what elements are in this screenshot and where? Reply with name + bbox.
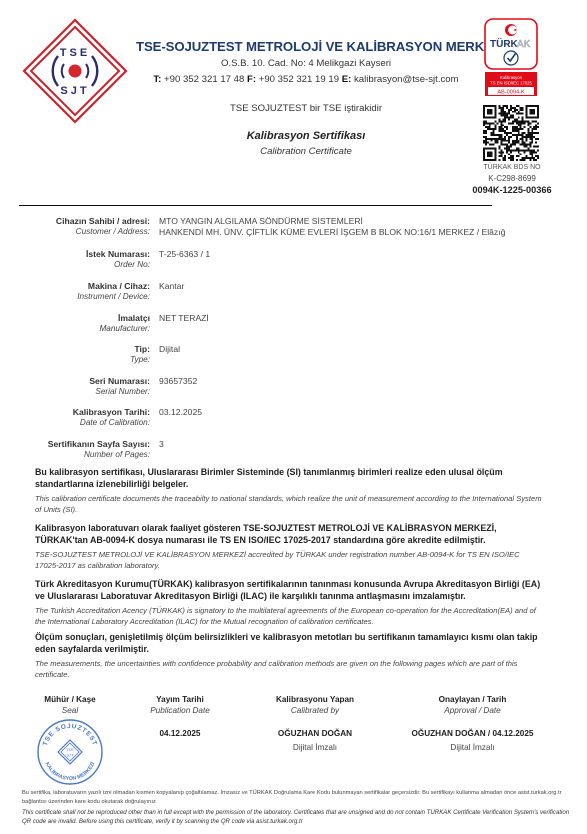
organization-contact: T: +90 352 321 17 48 F: +90 352 321 19 1… xyxy=(136,74,476,85)
statement-text-en: TSE-SOJUZTEST METROLOJİ VE KALİBRASYON M… xyxy=(35,549,545,571)
approval-subheading: Approval / Date xyxy=(400,706,545,715)
field-label: Cihazın Sahibi / adresi: xyxy=(56,216,150,226)
statement-measurements: Ölçüm sonuçları, genişletilmiş ölçüm bel… xyxy=(35,632,545,680)
statement-text-tr: Ölçüm sonuçları, genişletilmiş ölçüm bel… xyxy=(35,632,545,655)
field-label: İstek Numarası: xyxy=(86,249,150,259)
field-label-en: Number of Pages: xyxy=(84,450,150,459)
field-value: 93657352 xyxy=(159,376,197,386)
signature-seal: Mühür / Kaşe Seal xyxy=(30,695,110,715)
field-value: Kantar xyxy=(159,281,184,291)
seal-heading: Mühür / Kaşe xyxy=(30,695,110,704)
svg-text:TS EN ISO/IEC 17025: TS EN ISO/IEC 17025 xyxy=(490,81,532,86)
svg-text:AK: AK xyxy=(517,39,531,50)
svg-text:SJT: SJT xyxy=(66,753,74,758)
affiliate-note: TSE SOJUZTEST bir TSE iştirakidir xyxy=(136,103,476,114)
phone-label: T: xyxy=(153,74,161,85)
field-value: 3 xyxy=(159,439,164,449)
header-divider xyxy=(19,205,492,206)
certificate-number: 0094K-1225-00366 xyxy=(458,185,566,195)
footer-text-tr: Bu sertifika, laboratuvarın yazılı izni … xyxy=(22,789,572,807)
statement-text-tr: Bu kalibrasyon sertifikası, Uluslararası… xyxy=(35,467,545,490)
calibrated-by-heading: Kalibrasyonu Yapan xyxy=(260,695,370,704)
statement-accreditation: Kalibrasyon laboratuvarı olarak faaliyet… xyxy=(35,523,545,571)
verification-qr-code[interactable] xyxy=(483,105,539,161)
field-label-en: Type: xyxy=(130,355,150,364)
field-value-address: HANKENDİ MH. ÜNV. ÇİFTLİK KÜME EVLERİ İŞ… xyxy=(159,227,505,237)
svg-text:AB-0094-K: AB-0094-K xyxy=(497,90,525,96)
calibrated-by-subheading: Calibrated by xyxy=(260,706,370,715)
field-value: NET TERAZİ xyxy=(159,313,209,323)
signature-approval: Onaylayan / Tarih Approval / Date OĞUZHA… xyxy=(400,695,545,752)
statement-text-tr: Türk Akreditasyon Kurumu(TÜRKAK) kalibra… xyxy=(35,579,545,602)
tse-sjt-logo: TSE SJT xyxy=(22,18,128,124)
seal-subheading: Seal xyxy=(30,706,110,715)
field-label-en: Serial Number: xyxy=(95,387,150,396)
turkak-accreditation-badge: TÜRK AK Kalibrasyon TS EN ISO/IEC 17025 … xyxy=(484,18,538,98)
publication-subheading: Publication Date xyxy=(140,706,220,715)
svg-text:SJT: SJT xyxy=(60,85,89,97)
approval-name-date: OĞUZHAN DOĞAN / 04.12.2025 xyxy=(400,729,545,738)
email-label: E: xyxy=(342,74,352,85)
email-address[interactable]: kalibrasyon@tse-sjt.com xyxy=(354,74,459,85)
document-subtitle: Calibration Certificate xyxy=(136,146,476,157)
footer-text-en: This certificate shall not be reproduced… xyxy=(22,808,572,826)
signature-calibrated-by: Kalibrasyonu Yapan Calibrated by OĞUZHAN… xyxy=(260,695,370,752)
calibrated-by-name: OĞUZHAN DOĞAN xyxy=(260,729,370,738)
field-label-en: Date of Calibration: xyxy=(80,418,150,427)
statement-text-en: This calibration certificate documents t… xyxy=(35,493,545,515)
field-value: 03.12.2025 xyxy=(159,407,202,417)
statement-text-en: The Turkish Accreditation Acency (TÜRKAK… xyxy=(35,605,545,627)
field-label: Seri Numarası: xyxy=(89,376,150,386)
document-title: Kalibrasyon Sertifikası xyxy=(136,130,476,142)
fax-number: +90 352 321 19 19 xyxy=(259,74,339,85)
bds-number: K-C298-8699 xyxy=(462,174,562,183)
statement-text-en: The measurements, the uncertainties with… xyxy=(35,658,545,680)
svg-text:TÜRK: TÜRK xyxy=(490,37,519,50)
field-value: T-25-6363 / 1 xyxy=(159,249,210,259)
signature-publication-date: Yayım Tarihi Publication Date 04.12.2025 xyxy=(140,695,220,738)
field-label: Makina / Cihaz: xyxy=(88,281,150,291)
field-label-en: Order No: xyxy=(114,260,150,269)
bds-label: TÜRKAK BDS NO xyxy=(462,164,562,171)
statement-traceability: Bu kalibrasyon sertifikası, Uluslararası… xyxy=(35,467,545,515)
approval-digital-signature: Dijital İmzalı xyxy=(400,743,545,752)
statement-text-tr: Kalibrasyon laboratuvarı olarak faaliyet… xyxy=(35,523,545,546)
phone-number: +90 352 321 17 48 xyxy=(164,74,244,85)
field-label-en: Customer / Address: xyxy=(76,227,150,236)
fax-label: F: xyxy=(247,74,256,85)
field-value: MTO YANGIN ALGILAMA SÖNDÜRME SİSTEMLERİ xyxy=(159,216,363,226)
field-label: İmalatçı xyxy=(118,313,150,323)
organization-address: O.S.B. 10. Cad. No: 4 Melikgazi Kayseri xyxy=(136,58,476,69)
svg-text:Kalibrasyon: Kalibrasyon xyxy=(500,75,523,80)
statement-recognition: Türk Akreditasyon Kurumu(TÜRKAK) kalibra… xyxy=(35,579,545,627)
footer-disclaimer: Bu sertifika, laboratuvarın yazılı izni … xyxy=(22,789,572,826)
svg-text:TSE: TSE xyxy=(60,47,90,59)
organization-name: TSE-SOJUZTEST METROLOJİ VE KALİBRASYON M… xyxy=(136,39,476,54)
approval-heading: Onaylayan / Tarih xyxy=(400,695,545,704)
calibrated-by-digital-signature: Dijital İmzalı xyxy=(260,743,370,752)
publication-date-value: 04.12.2025 xyxy=(140,729,220,738)
field-label: Sertifikanın Sayfa Sayısı: xyxy=(48,439,150,449)
seal-stamp: TSE SOJUZTEST KALİBRASYON MERKEZİ TSE SJ… xyxy=(36,718,104,786)
field-label: Kalibrasyon Tarihi: xyxy=(73,407,150,417)
svg-text:TSE: TSE xyxy=(66,747,74,752)
field-value: Dijital xyxy=(159,344,180,354)
publication-heading: Yayım Tarihi xyxy=(140,695,220,704)
field-label-en: Manufacturer: xyxy=(99,324,150,333)
field-label: Tip: xyxy=(134,344,150,354)
field-label-en: Instrument / Device: xyxy=(77,292,150,301)
